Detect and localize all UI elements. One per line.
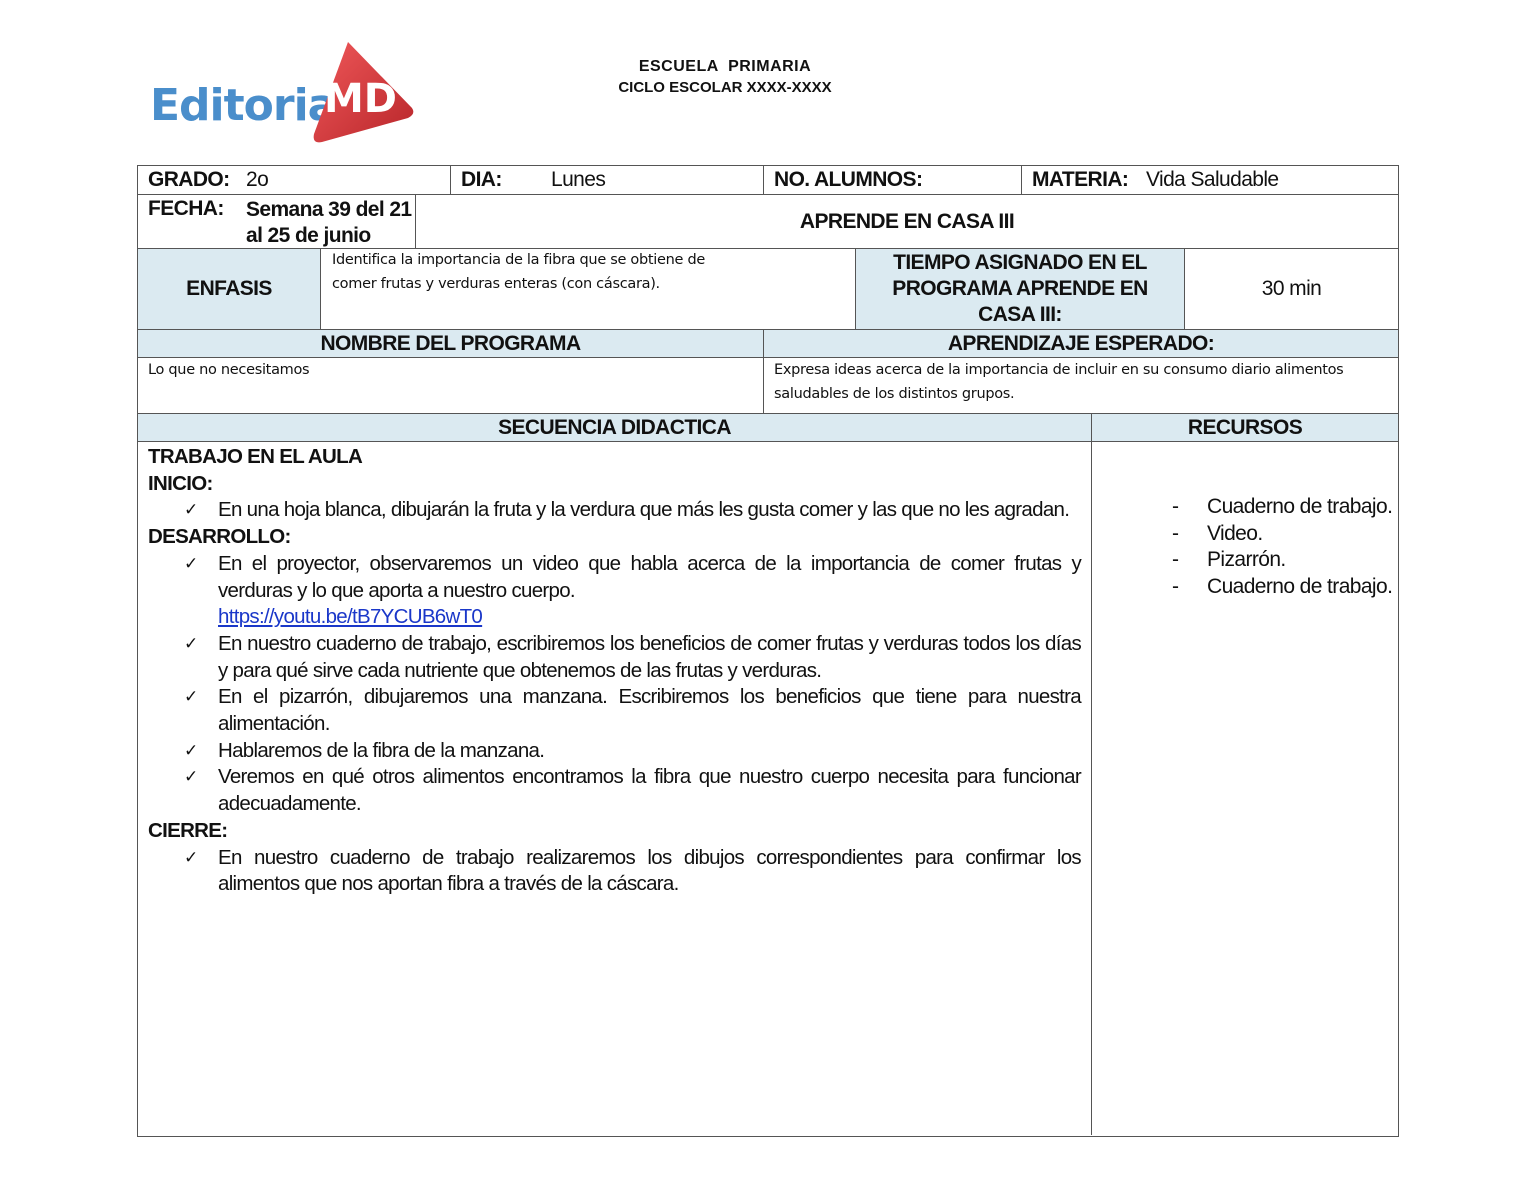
play-triangle-logo-icon: MD [300, 38, 420, 148]
inicio-list: ✓En una hoja blanca, dibujarán la fruta … [148, 497, 1081, 524]
tiempo-label: TIEMPO ASIGNADO EN EL PROGRAMA APRENDE E… [856, 250, 1184, 328]
checkmark-icon: ✓ [184, 684, 198, 711]
svg-text:MD: MD [324, 76, 397, 122]
grado-label: GRADO: [148, 168, 230, 192]
recursos-label: RECURSOS [1188, 416, 1302, 440]
alumnos-cell: NO. ALUMNOS: [764, 166, 1022, 195]
recursos-body: -Cuaderno de trabajo. -Video. -Pizarrón.… [1092, 442, 1398, 1135]
nombre-programa-value: Lo que no necesitamos [148, 362, 309, 378]
desarrollo-heading: DESARROLLO: [148, 524, 1081, 551]
enfasis-text: Identifica la importancia de la fibra qu… [332, 252, 705, 292]
checkmark-icon: ✓ [184, 845, 198, 872]
secuencia-label: SECUENCIA DIDACTICA [498, 416, 731, 440]
checkmark-icon: ✓ [184, 497, 198, 524]
recurso-item: -Cuaderno de trabajo. [1092, 574, 1398, 601]
dia-cell: DIA: Lunes [451, 166, 764, 195]
fecha-label: FECHA: [148, 197, 224, 221]
school-cycle: CICLO ESCOLAR XXXX-XXXX [560, 79, 890, 96]
enfasis-label: ENFASIS [186, 277, 272, 301]
lesson-plan-table: GRADO: 2o DIA: Lunes NO. ALUMNOS: MATERI… [137, 165, 1399, 1137]
aprendizaje-header: APRENDIZAJE ESPERADO: [764, 330, 1398, 358]
inicio-heading: INICIO: [148, 471, 1081, 498]
desarrollo-list: ✓En el proyector, observaremos un video … [148, 551, 1081, 818]
cierre-heading: CIERRE: [148, 818, 1081, 845]
nombre-programa-label: NOMBRE DEL PROGRAMA [320, 332, 580, 356]
editorial-md-logo: Editorial MD [150, 38, 420, 148]
desarrollo-item: ✓Hablaremos de la fibra de la manzana. [148, 738, 1081, 765]
desarrollo-item: ✓En el proyector, observaremos un video … [148, 551, 1081, 631]
secuencia-body: TRABAJO EN EL AULA INICIO: ✓En una hoja … [138, 442, 1092, 1135]
aprendizaje-value: Expresa ideas acerca de la importancia d… [774, 362, 1343, 402]
materia-cell: MATERIA: Vida Saludable [1022, 166, 1398, 195]
program-title: APRENDE EN CASA III [800, 210, 1014, 234]
document-header: ESCUELA PRIMARIA CICLO ESCOLAR XXXX-XXXX [560, 58, 890, 96]
aprendizaje-cell: Expresa ideas acerca de la importancia d… [764, 358, 1398, 414]
materia-value: Vida Saludable [1146, 168, 1279, 192]
trabajo-heading: TRABAJO EN EL AULA [148, 444, 1081, 471]
recurso-item: -Pizarrón. [1092, 547, 1398, 574]
alumnos-label: NO. ALUMNOS: [774, 168, 922, 192]
fecha-cell: FECHA: Semana 39 del 21 al 25 de junio [138, 195, 416, 249]
aprendizaje-label: APRENDIZAJE ESPERADO: [948, 332, 1214, 356]
tiempo-value-cell: 30 min [1185, 249, 1398, 330]
cierre-item: ✓En nuestro cuaderno de trabajo realizar… [148, 845, 1081, 898]
enfasis-label-cell: ENFASIS [138, 249, 321, 330]
materia-label: MATERIA: [1032, 168, 1128, 192]
school-title: ESCUELA PRIMARIA [560, 58, 890, 76]
video-link[interactable]: https://youtu.be/tB7YCUB6wT0 [218, 605, 482, 628]
nombre-programa-header: NOMBRE DEL PROGRAMA [138, 330, 764, 358]
tiempo-label-cell: TIEMPO ASIGNADO EN EL PROGRAMA APRENDE E… [856, 249, 1185, 330]
enfasis-text-cell: Identifica la importancia de la fibra qu… [321, 249, 856, 330]
fecha-value: Semana 39 del 21 al 25 de junio [246, 197, 416, 249]
recurso-item: -Video. [1092, 521, 1398, 548]
grado-cell: GRADO: 2o [138, 166, 451, 195]
recurso-item: -Cuaderno de trabajo. [1092, 494, 1398, 521]
recursos-list: -Cuaderno de trabajo. -Video. -Pizarrón.… [1092, 494, 1398, 601]
desarrollo-item: ✓En el pizarrón, dibujaremos una manzana… [148, 684, 1081, 737]
dia-value: Lunes [551, 168, 605, 192]
checkmark-icon: ✓ [184, 764, 198, 791]
inicio-item: ✓En una hoja blanca, dibujarán la fruta … [148, 497, 1081, 524]
program-title-cell: APRENDE EN CASA III [416, 195, 1398, 249]
nombre-programa-cell: Lo que no necesitamos [138, 358, 764, 414]
desarrollo-item: ✓Veremos en qué otros alimentos encontra… [148, 764, 1081, 817]
desarrollo-item: ✓En nuestro cuaderno de trabajo, escribi… [148, 631, 1081, 684]
checkmark-icon: ✓ [184, 738, 198, 765]
cierre-list: ✓En nuestro cuaderno de trabajo realizar… [148, 845, 1081, 898]
secuencia-header: SECUENCIA DIDACTICA [138, 414, 1092, 442]
dia-label: DIA: [461, 168, 502, 192]
recursos-header: RECURSOS [1092, 414, 1398, 442]
tiempo-value: 30 min [1262, 277, 1321, 301]
checkmark-icon: ✓ [184, 551, 198, 578]
checkmark-icon: ✓ [184, 631, 198, 658]
grado-value: 2o [246, 168, 268, 192]
